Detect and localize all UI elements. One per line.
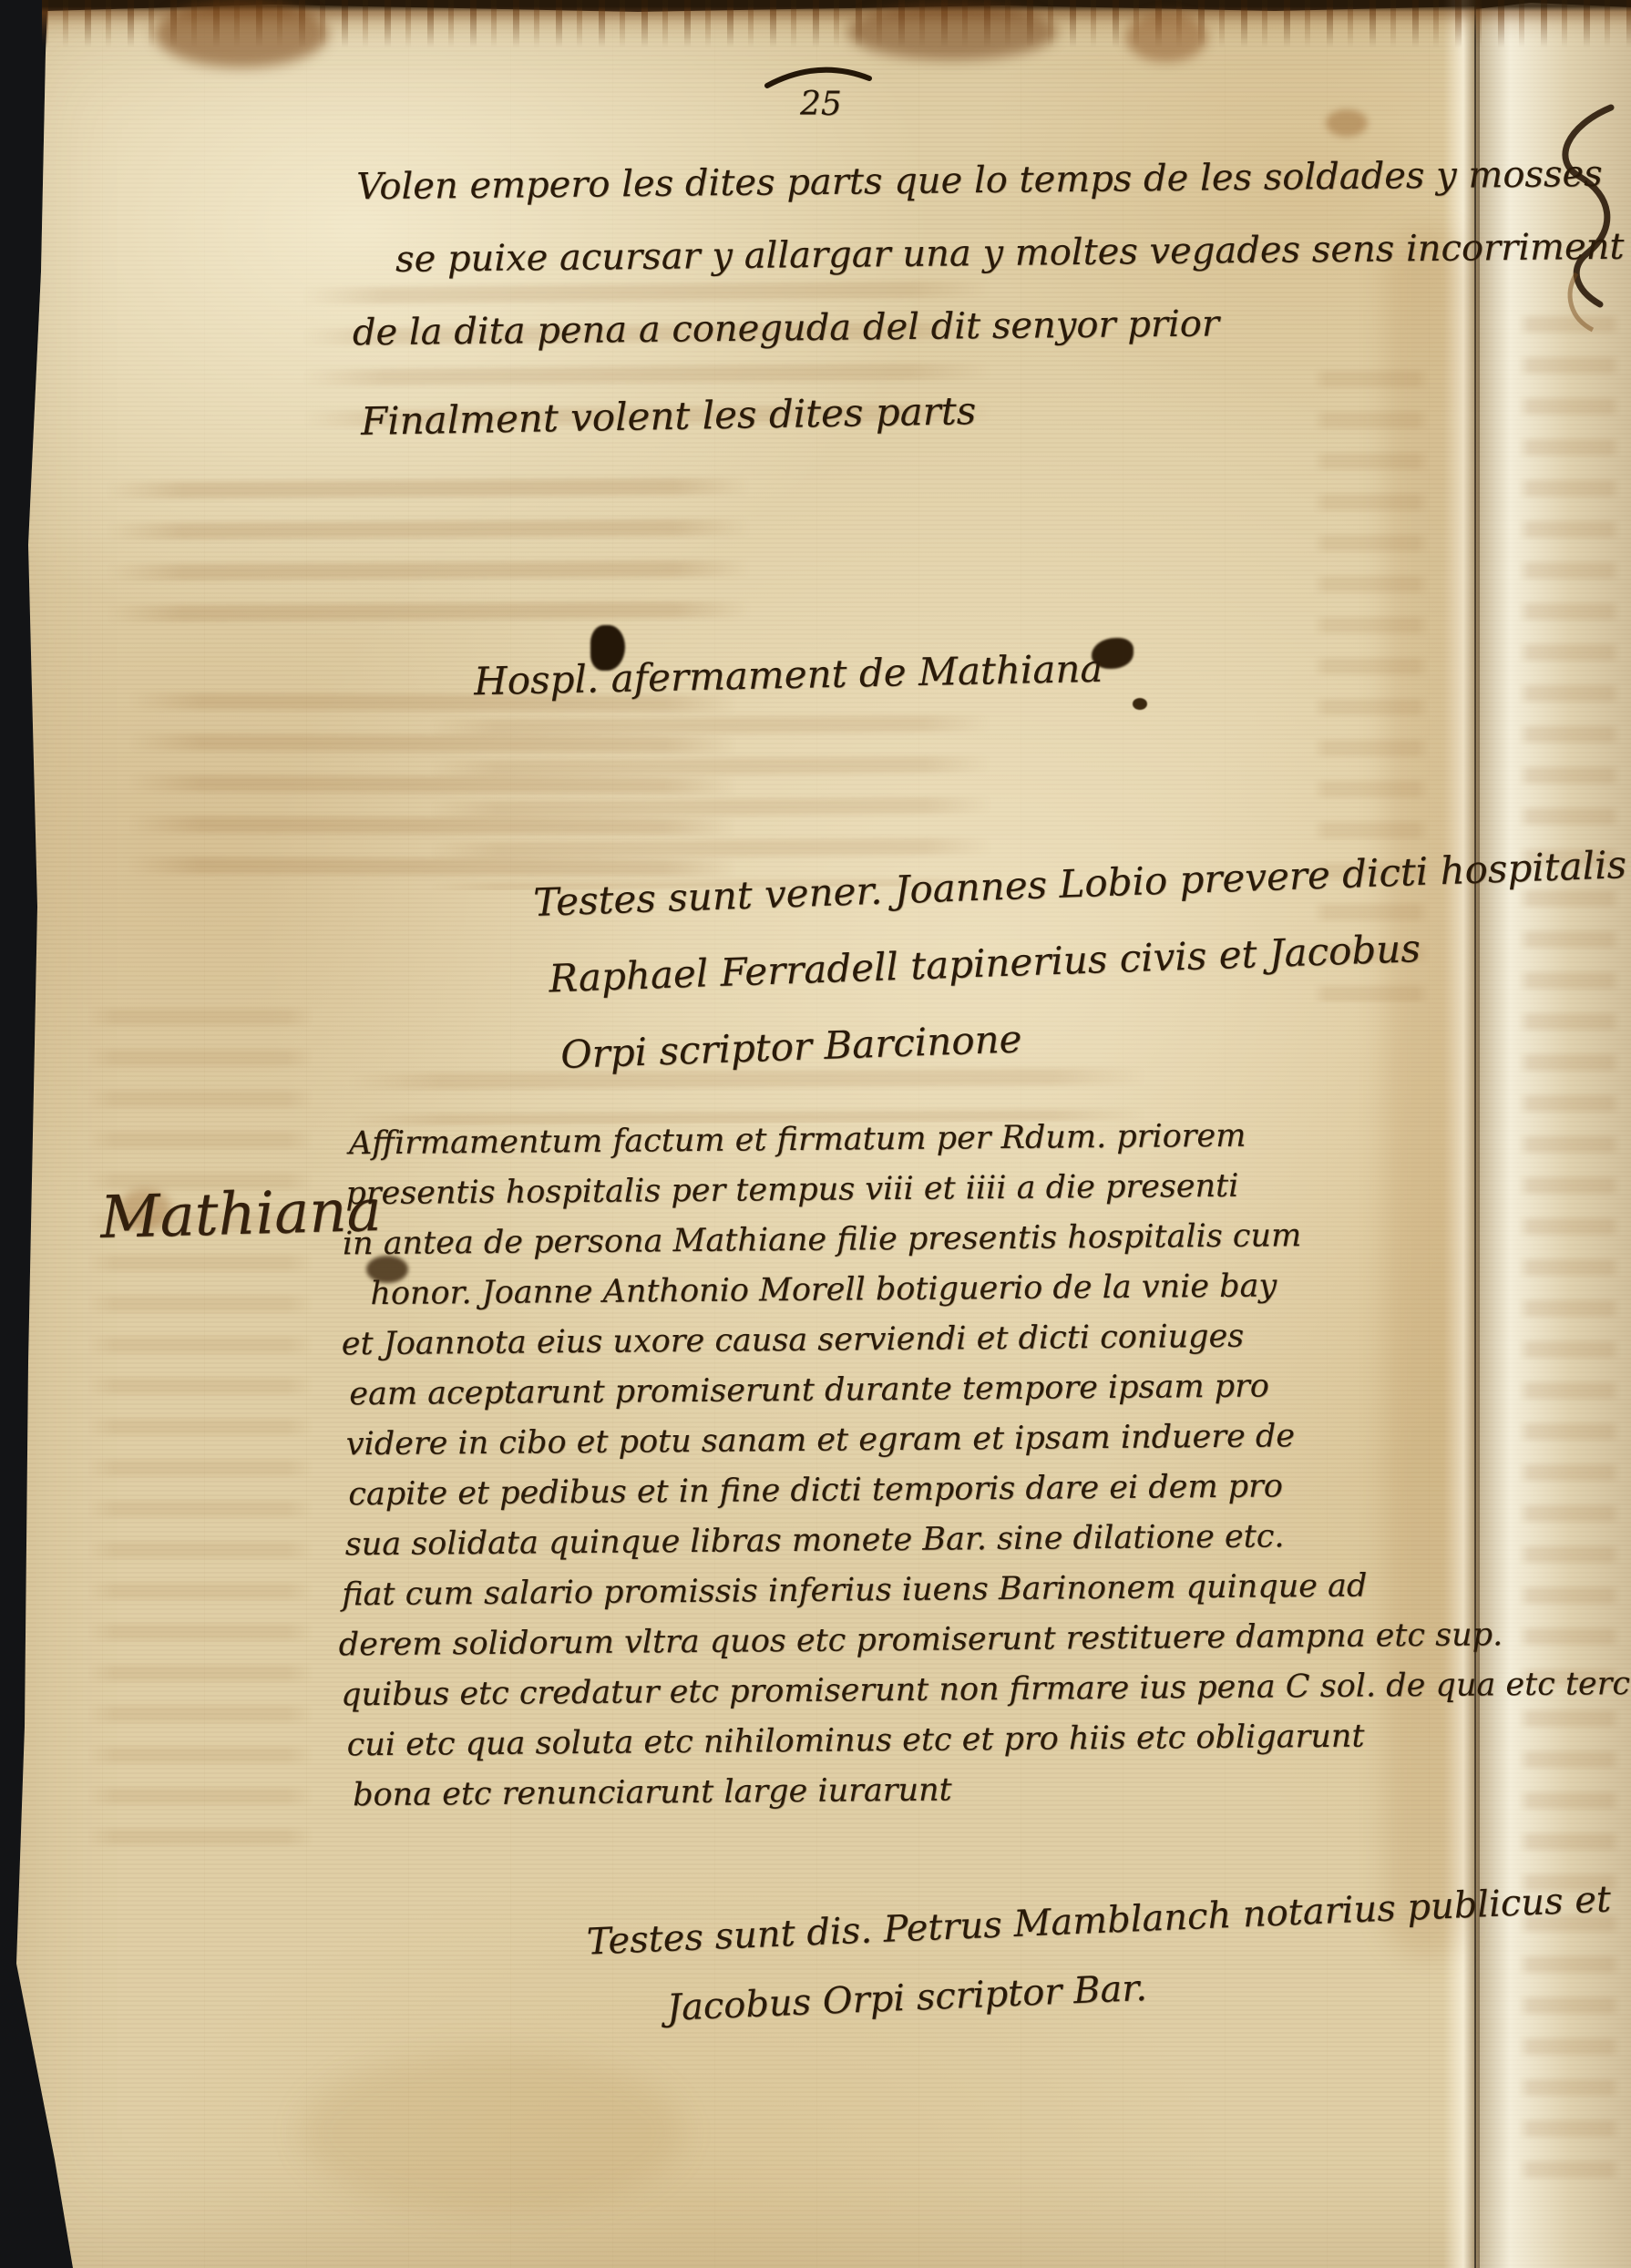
margin-note: Mathiana — [99, 1177, 382, 1252]
handwritten-line: de la dita pena a coneguda del dit senyo… — [352, 283, 1625, 370]
paragraph-volen: Volen empero les dites parts que lo temp… — [356, 138, 1626, 370]
folio-mark: 25 — [762, 55, 880, 128]
witness-block: Testes sunt vener. Joannes Lobio prevere… — [532, 826, 1631, 1094]
main-paragraph: Affirmamentum factum et firmatum per Rdu… — [349, 1108, 1631, 1821]
manuscript-photo: 25 Volen empero les dites parts que lo t… — [0, 0, 1631, 2268]
handwritten-line: se puixe acursar y allargar una y moltes… — [395, 210, 1625, 296]
handwritten-line: Volen empero les dites parts que lo temp… — [356, 138, 1624, 224]
top-burn-stain — [42, 0, 1631, 47]
folio-mark-number: 25 — [800, 86, 842, 123]
